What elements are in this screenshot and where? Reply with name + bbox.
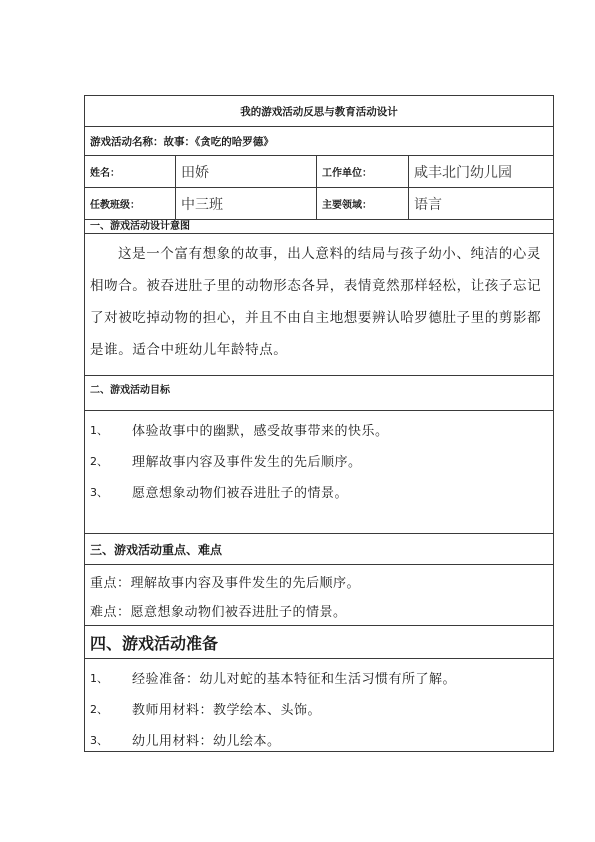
difficulty-line: 难点：愿意想象动物们被吞进肚子的情景。	[90, 596, 548, 625]
document-title-text: 我的游戏活动反思与教育活动设计	[240, 104, 398, 119]
class-label: 任教班级：	[85, 188, 176, 219]
preparation-item: 1、 经验准备：幼儿对蛇的基本特征和生活习惯有所了解。	[90, 662, 548, 693]
goal-text: 体验故事中的幽默，感受故事带来的快乐。	[132, 420, 389, 439]
unit-label: 工作单位：	[317, 156, 409, 187]
section-4-body: 1、 经验准备：幼儿对蛇的基本特征和生活习惯有所了解。 2、 教师用材料：教学绘…	[85, 659, 553, 751]
name-value: 田娇	[176, 156, 317, 187]
preparation-number: 1、	[90, 670, 132, 686]
section-4-heading: 四、游戏活动准备	[85, 626, 553, 659]
goal-item: 2、 理解故事内容及事件发生的先后顺序。	[90, 445, 548, 476]
activity-name-row: 游戏活动名称：故事：《贪吃的哈罗德》	[85, 127, 553, 156]
preparation-number: 3、	[90, 732, 132, 748]
preparation-item: 2、 教师用材料：教学绘本、头饰。	[90, 693, 548, 724]
section-2-heading: 二、游戏活动目标	[85, 376, 553, 411]
section-2-body: 1、 体验故事中的幽默，感受故事带来的快乐。 2、 理解故事内容及事件发生的先后…	[85, 411, 553, 534]
goal-text: 愿意想象动物们被吞进肚子的情景。	[132, 482, 348, 501]
info-row-class-domain: 任教班级： 中三班 主要领域： 语言	[85, 188, 553, 220]
preparation-text: 教师用材料：教学绘本、头饰。	[132, 699, 321, 718]
goal-text: 理解故事内容及事件发生的先后顺序。	[132, 451, 362, 470]
goal-number: 1、	[90, 422, 132, 438]
domain-label: 主要领域：	[317, 188, 409, 219]
design-intent-paragraph: 这是一个富有想象的故事，出人意料的结局与孩子幼小、纯洁的心灵相吻合。被吞进肚子里…	[90, 238, 547, 366]
activity-design-table: 我的游戏活动反思与教育活动设计 游戏活动名称：故事：《贪吃的哈罗德》 姓名： 田…	[84, 95, 554, 752]
preparation-text: 经验准备：幼儿对蛇的基本特征和生活习惯有所了解。	[132, 668, 456, 687]
document-title: 我的游戏活动反思与教育活动设计	[85, 96, 553, 127]
activity-name-label: 游戏活动名称：	[90, 134, 164, 149]
section-3-heading: 三、游戏活动重点、难点	[85, 534, 553, 565]
preparation-item: 3、 幼儿用材料：幼儿绘本。	[90, 724, 548, 755]
goal-number: 3、	[90, 484, 132, 500]
section-3-body: 重点：理解故事内容及事件发生的先后顺序。 难点：愿意想象动物们被吞进肚子的情景。	[85, 565, 553, 626]
preparation-text: 幼儿用材料：幼儿绘本。	[132, 730, 281, 749]
domain-value: 语言	[409, 188, 553, 219]
name-label: 姓名：	[85, 156, 176, 187]
section-1-body: 这是一个富有想象的故事，出人意料的结局与孩子幼小、纯洁的心灵相吻合。被吞进肚子里…	[85, 234, 553, 376]
info-row-name-unit: 姓名： 田娇 工作单位： 咸丰北门幼儿园	[85, 156, 553, 188]
activity-name-value: 故事：《贪吃的哈罗德》	[164, 134, 274, 149]
goal-item: 3、 愿意想象动物们被吞进肚子的情景。	[90, 476, 548, 507]
document-page: 我的游戏活动反思与教育活动设计 游戏活动名称：故事：《贪吃的哈罗德》 姓名： 田…	[0, 0, 595, 842]
unit-value: 咸丰北门幼儿园	[409, 156, 553, 187]
section-1-heading: 一、游戏活动设计意图	[85, 220, 553, 234]
preparation-number: 2、	[90, 701, 132, 717]
class-value: 中三班	[176, 188, 317, 219]
goal-item: 1、 体验故事中的幽默，感受故事带来的快乐。	[90, 414, 548, 445]
key-point-line: 重点：理解故事内容及事件发生的先后顺序。	[90, 567, 548, 596]
goal-number: 2、	[90, 453, 132, 469]
